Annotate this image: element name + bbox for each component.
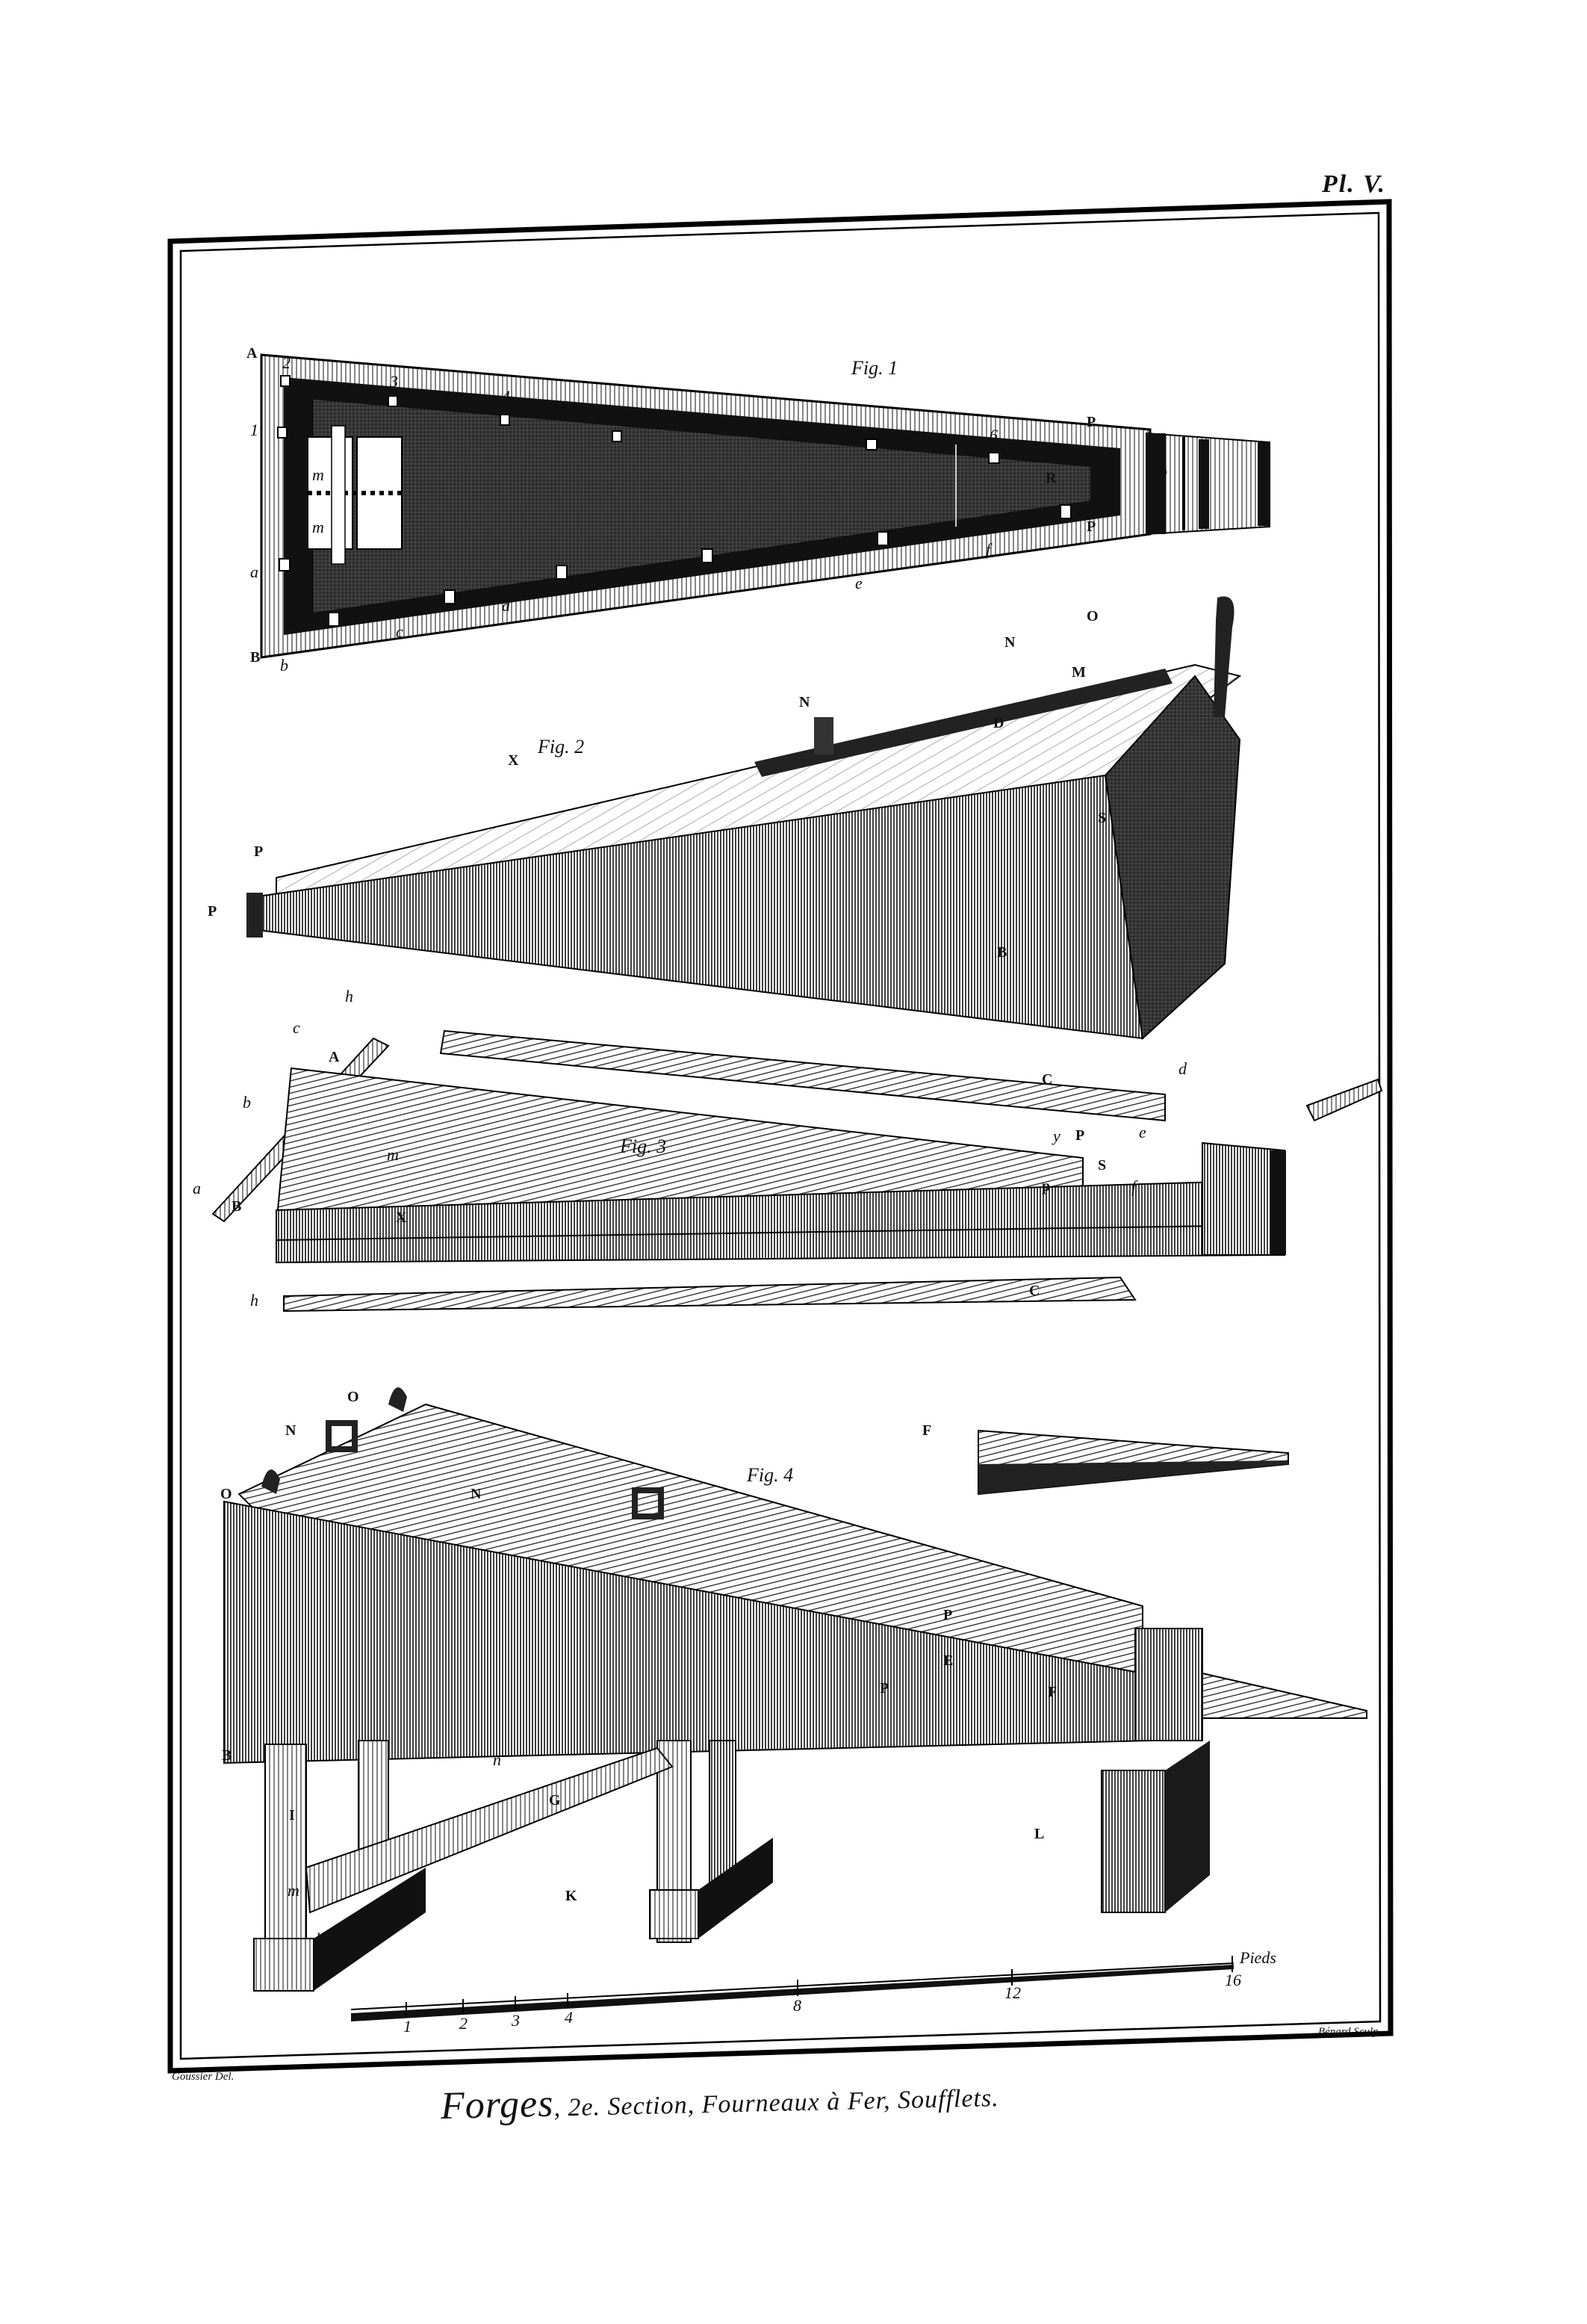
scale-unit: Pieds	[1240, 1948, 1276, 1968]
fig1-label-4: 4	[502, 388, 510, 405]
fig3-label-A: A	[329, 1050, 339, 1065]
fig2-label-B: B	[997, 945, 1007, 960]
fig1-label-B: B	[250, 650, 260, 665]
fig4-label-k: k	[316, 1931, 323, 1947]
fig1-label-A: A	[246, 346, 257, 361]
fig1-label-m-upper: m	[312, 467, 324, 483]
fig1-label-e: e	[855, 575, 863, 592]
fig2-label-P-side: P	[208, 904, 217, 919]
scale-tick-16: 16	[1225, 1971, 1241, 1990]
fig3-label-e: e	[1139, 1124, 1146, 1141]
fig3-label-c: c	[293, 1020, 300, 1036]
scale-tick-8: 8	[793, 1996, 801, 2015]
fig1-label-S: S	[1159, 463, 1167, 478]
fig1-label-b: b	[280, 657, 288, 674]
plate-title-main: Forges	[440, 2083, 554, 2128]
fig4-caption: Fig. 4	[747, 1464, 793, 1487]
fig2-label-D: D	[993, 716, 1004, 731]
fig4-label-P-top: P	[943, 1608, 952, 1623]
fig1-label-a: a	[250, 564, 258, 580]
fig4-label-m: m	[288, 1883, 299, 1899]
fig1-label-f: f	[986, 542, 990, 558]
fig4-label-L: L	[1034, 1826, 1044, 1841]
engraver-credit: Bénard Sculp.	[1318, 2026, 1381, 2039]
fig4-label-B: B	[222, 1748, 232, 1763]
fig3-label-a: a	[193, 1180, 201, 1197]
fig4-label-N-center: N	[470, 1487, 481, 1502]
fig2-label-X: X	[508, 753, 518, 768]
fig2-label-M: M	[1072, 665, 1086, 680]
fig1-label-1: 1	[250, 422, 258, 439]
fig4-label-n: n	[493, 1752, 501, 1768]
engraving-illustration	[0, 0, 1587, 2324]
fig3-label-y: y	[1053, 1128, 1060, 1144]
fig3-label-h-bottom: h	[250, 1292, 258, 1309]
fig3-label-m: m	[387, 1147, 399, 1163]
fig4-label-N-left: N	[285, 1423, 296, 1438]
fig4-label-O-right: O	[347, 1389, 359, 1404]
fig1-label-3: 3	[390, 374, 398, 390]
fig3-label-d: d	[1178, 1061, 1187, 1077]
fig2-label-P-top: P	[254, 844, 263, 859]
fig3-label-P: P	[1075, 1128, 1084, 1143]
fig3-label-C-bottom: C	[1029, 1283, 1040, 1298]
fig2-label-O: O	[1087, 609, 1099, 624]
fig1-label-c: c	[396, 624, 403, 640]
fig4-label-F-detached: F	[922, 1423, 931, 1438]
fig3-caption: Fig. 3	[620, 1135, 666, 1158]
scale-tick-3: 3	[512, 2011, 520, 2030]
fig3-label-B: B	[232, 1199, 241, 1214]
fig1-label-6: 6	[990, 427, 998, 444]
fig4-label-K: K	[565, 1888, 577, 1903]
draughtsman-credit: Goussier Del.	[172, 2071, 234, 2083]
fig4-label-F-mounted: F	[1048, 1685, 1057, 1699]
fig4-label-G: G	[549, 1793, 561, 1808]
fig1-caption: Fig. 1	[851, 357, 898, 379]
fig4-label-I: I	[289, 1808, 295, 1823]
fig2-caption: Fig. 2	[538, 736, 584, 758]
fig4-label-P-side: P	[880, 1681, 889, 1696]
fig1-label-P-bottom: P	[1087, 519, 1096, 534]
fig3-label-h-top: h	[345, 988, 353, 1005]
scale-tick-1: 1	[403, 2017, 411, 2036]
fig1-label-R: R	[1046, 471, 1056, 486]
fig1-label-P-top: P	[1087, 415, 1096, 430]
scale-tick-4: 4	[565, 2008, 573, 2027]
fig3-label-f: f	[1131, 1179, 1136, 1195]
plate-title-rest: , 2e. Section, Fourneaux à Fer, Soufflet…	[553, 2084, 999, 2122]
fig1-label-m-lower: m	[312, 519, 324, 536]
fig3-label-b: b	[243, 1094, 251, 1111]
fig3-label-S: S	[1098, 1158, 1106, 1173]
fig1-label-d: d	[502, 598, 510, 614]
fig3-label-p: p	[1042, 1179, 1050, 1194]
fig1-label-2: 2	[282, 355, 291, 371]
scale-tick-2: 2	[459, 2014, 468, 2033]
fig4-label-E: E	[943, 1653, 953, 1668]
scale-tick-12: 12	[1004, 1983, 1021, 2003]
fig1-label-5: 5	[609, 407, 617, 424]
fig2-label-S: S	[1098, 811, 1106, 825]
fig3-label-X: X	[396, 1210, 406, 1225]
fig2-label-N-left: N	[799, 695, 810, 710]
fig4-label-O-left: O	[220, 1487, 232, 1502]
fig3-label-C-top: C	[1042, 1072, 1052, 1087]
fig2-label-N-right: N	[1004, 635, 1015, 650]
